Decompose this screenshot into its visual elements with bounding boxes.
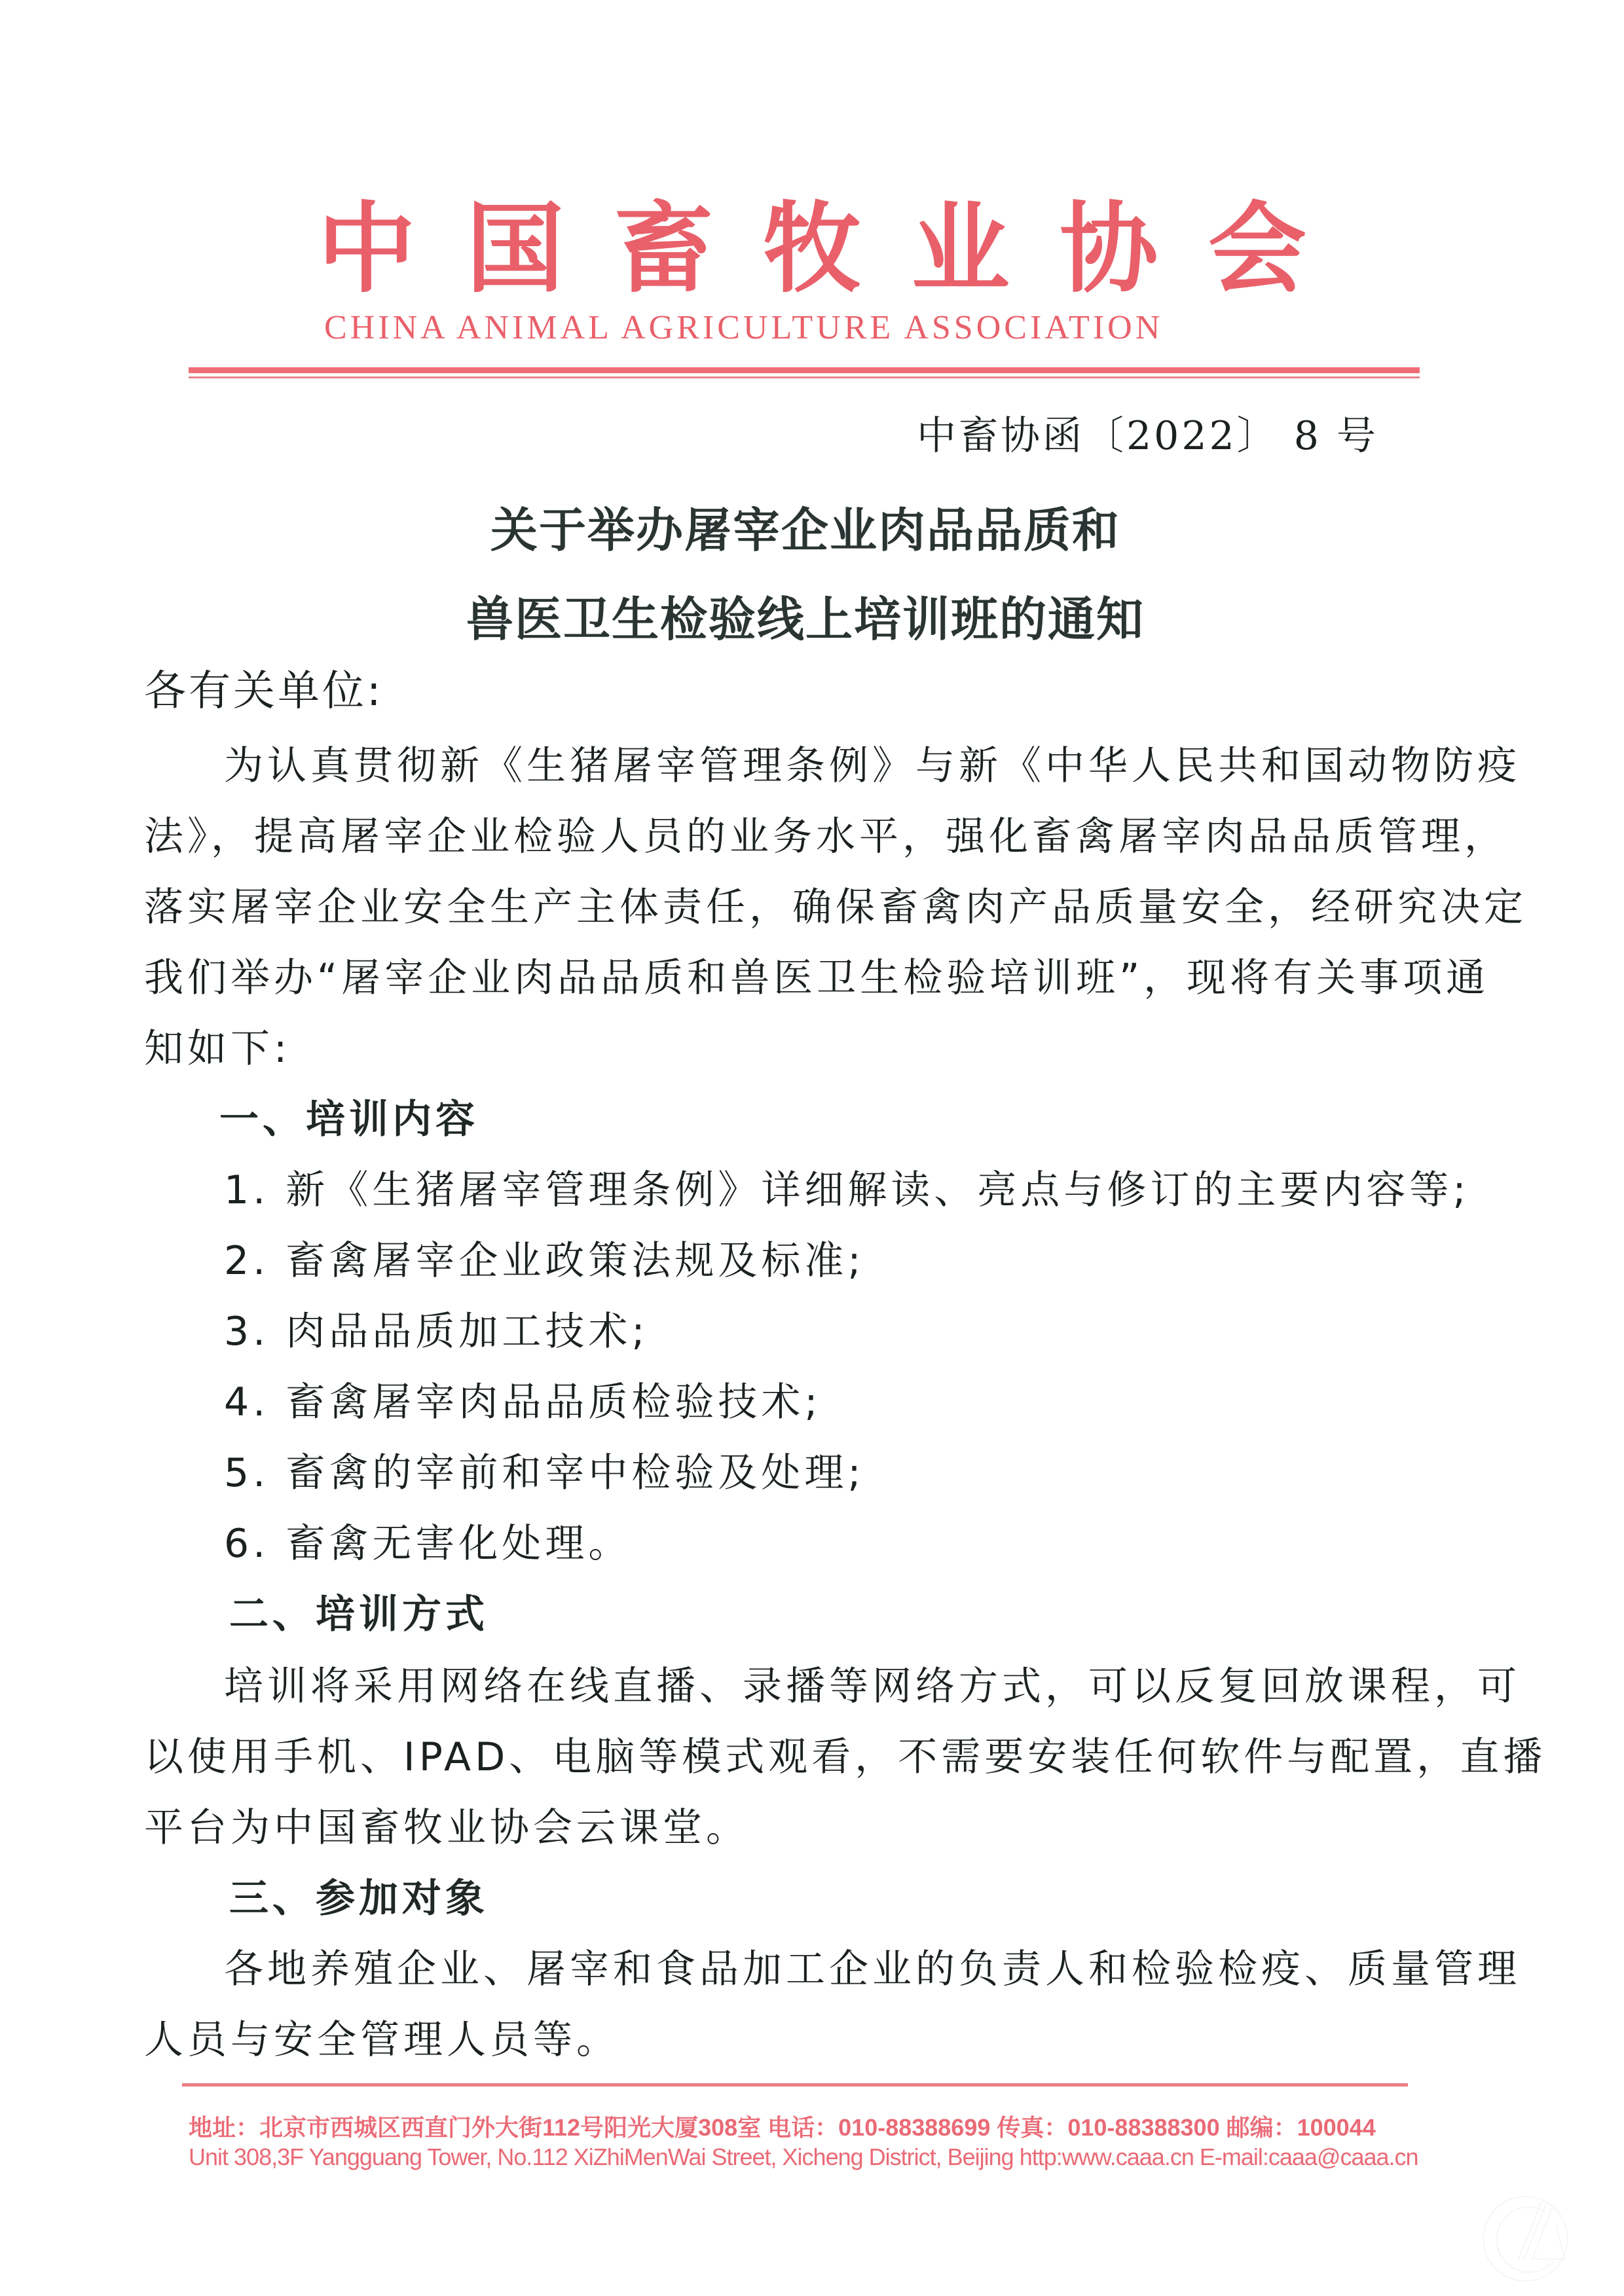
paragraph-line: 培训将采用网络在线直播、录播等网络方式，可以反复回放课程，可 bbox=[224, 1667, 1553, 1706]
paragraph-line: 人员与安全管理人员等。 bbox=[144, 2020, 1473, 2060]
intro-line: 为认真贯彻新《生猪屠宰管理条例》与新《中华人民共和国动物防疫 bbox=[224, 746, 1553, 786]
letterhead-rule-thick bbox=[189, 367, 1420, 373]
org-name-char: 协 bbox=[1056, 200, 1161, 298]
section-heading-training-method: 二、培训方式 bbox=[229, 1595, 1559, 1634]
section-heading-participants: 三、参加对象 bbox=[229, 1879, 1559, 1918]
org-name-char: 业 bbox=[908, 200, 1013, 298]
paragraph-line: 以使用手机、IPAD、电脑等模式观看，不需要安装任何软件与配置，直播 bbox=[144, 1738, 1473, 1777]
paragraph-line: 平台为中国畜牧业协会云课堂。 bbox=[144, 1808, 1473, 1848]
letterhead-rule-thin bbox=[189, 376, 1420, 378]
org-name-cn: 中 国 畜 牧 业 协 会 bbox=[314, 200, 1310, 298]
org-name-char: 牧 bbox=[760, 200, 864, 298]
org-name-char: 国 bbox=[463, 200, 568, 298]
org-name-char: 畜 bbox=[611, 200, 716, 298]
footer-rule bbox=[182, 2083, 1408, 2086]
org-name-en: CHINA ANIMAL AGRICULTURE ASSOCIATION bbox=[324, 311, 1293, 345]
list-item: 6. 畜禽无害化处理。 bbox=[224, 1524, 1553, 1563]
list-item: 4. 畜禽屠宰肉品品质检验技术; bbox=[224, 1383, 1553, 1422]
list-item: 1. 新《生猪屠宰管理条例》详细解读、亮点与修订的主要内容等; bbox=[224, 1171, 1553, 1210]
document-number: 中畜协函〔2022〕 8 号 bbox=[917, 405, 1378, 461]
caaa-logo-icon bbox=[1481, 2195, 1570, 2283]
section-heading-training-content: 一、培训内容 bbox=[219, 1100, 1549, 1139]
intro-line: 我们举办“屠宰企业肉品品质和兽医卫生检验培训班”，现将有关事项通 bbox=[144, 958, 1473, 998]
footer-address-cn: 地址：北京市西城区西直门外大街112号阳光大厦308室 电话：010-88388… bbox=[189, 2109, 1376, 2143]
document-title-line-2: 兽医卫生检验线上培训班的通知 bbox=[0, 581, 1617, 649]
footer-address-en: Unit 308,3F Yangguang Tower, No.112 XiZh… bbox=[189, 2143, 1418, 2171]
org-name-char: 会 bbox=[1205, 200, 1310, 298]
intro-line: 知如下: bbox=[144, 1029, 1473, 1068]
org-name-char: 中 bbox=[314, 200, 419, 298]
paragraph-line: 各地养殖企业、屠宰和食品加工企业的负责人和检验检疫、质量管理 bbox=[224, 1950, 1553, 1989]
document-title-line-1: 关于举办屠宰企业肉品品质和 bbox=[0, 492, 1617, 560]
list-item: 5. 畜禽的宰前和宰中检验及处理; bbox=[224, 1453, 1553, 1493]
intro-line: 落实屠宰企业安全生产主体责任，确保畜禽肉产品质量安全，经研究决定 bbox=[144, 888, 1473, 927]
intro-line: 法》，提高屠宰企业检验人员的业务水平，强化畜禽屠宰肉品品质管理， bbox=[144, 817, 1473, 856]
list-item: 2. 畜禽屠宰企业政策法规及标准; bbox=[224, 1241, 1553, 1281]
list-item: 3. 肉品品质加工技术; bbox=[224, 1312, 1553, 1351]
salutation: 各有关单位: bbox=[144, 670, 1473, 712]
